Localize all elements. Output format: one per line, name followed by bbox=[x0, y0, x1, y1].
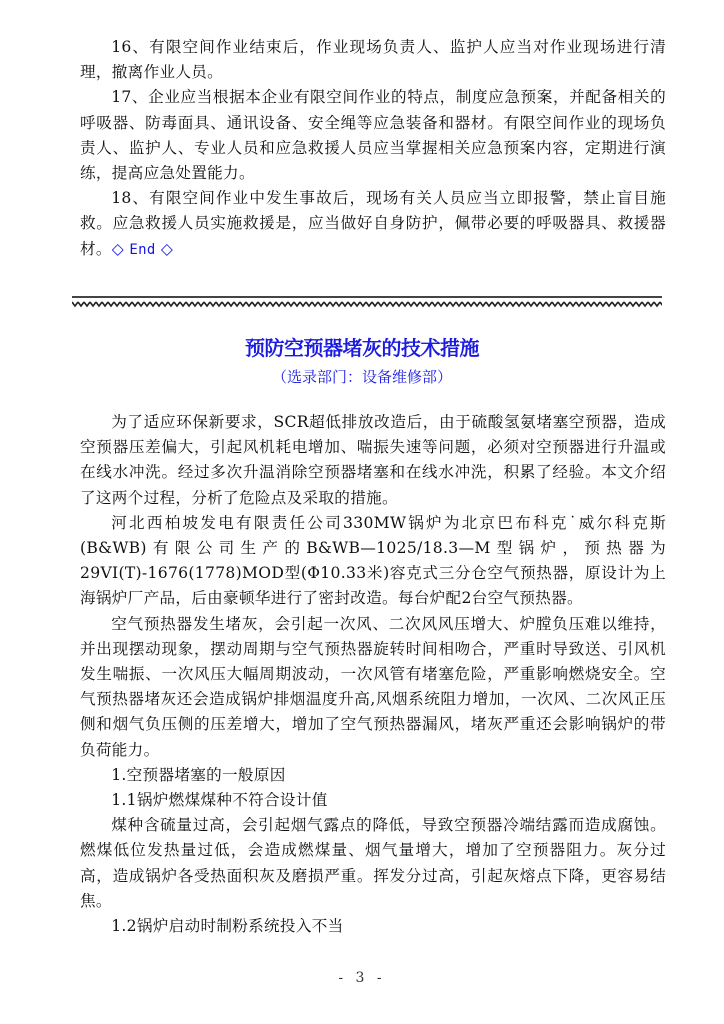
paragraph-18: 18、有限空间作业中发生事故后，现场有关人员应当立即报警，禁止盲目施救。应急救援… bbox=[80, 186, 666, 263]
boiler-info-paragraph: 河北西柏坡发电有限责任公司330MW锅炉为北京巴布科克˙威尔科克斯(B&WB)有… bbox=[80, 511, 666, 612]
section-divider bbox=[72, 296, 662, 310]
intro-paragraph: 为了适应环保新要求，SCR超低排放改造后，由于硫酸氢氨堵塞空预器，造成空预器压差… bbox=[80, 410, 666, 511]
coal-quality-paragraph: 煤种含硫量过高，会引起烟气露点的降低，导致空预器冷端结露而造成腐蚀。燃煤低位发热… bbox=[80, 813, 666, 914]
section-heading-1: 1.空预器堵塞的一般原因 bbox=[80, 763, 666, 788]
ash-blockage-effects-paragraph: 空气预热器发生堵灰，会引起一次风、二次风风压增大、炉膛负压难以维持，并出现摆动现… bbox=[80, 612, 666, 763]
diamond-icon: ◇ bbox=[161, 240, 173, 258]
article-title: 预防空预器堵灰的技术措施 bbox=[0, 332, 724, 361]
section-heading-1-2: 1.2锅炉启动时制粉系统投入不当 bbox=[80, 914, 666, 939]
page-number: - 3 - bbox=[0, 970, 724, 986]
divider-zigzag-line bbox=[72, 300, 662, 308]
article-subtitle: （选录部门：设备维修部） bbox=[0, 366, 724, 387]
paragraph-17: 17、企业应当根据本企业有限空间作业的特点，制度应急预案，并配备相关的呼吸器、防… bbox=[80, 85, 666, 186]
end-marker: End bbox=[129, 242, 155, 258]
paragraph-16: 16、有限空间作业结束后，作业现场负责人、监护人应当对作业现场进行清理，撤离作业… bbox=[80, 35, 666, 85]
diamond-icon: ◇ bbox=[112, 240, 124, 258]
article-body: 为了适应环保新要求，SCR超低排放改造后，由于硫酸氢氨堵塞空预器，造成空预器压差… bbox=[80, 410, 666, 939]
divider-solid-line bbox=[72, 296, 662, 298]
previous-article-ending: 16、有限空间作业结束后，作业现场负责人、监护人应当对作业现场进行清理，撤离作业… bbox=[80, 35, 666, 263]
section-heading-1-1: 1.1锅炉燃煤煤种不符合设计值 bbox=[80, 788, 666, 813]
